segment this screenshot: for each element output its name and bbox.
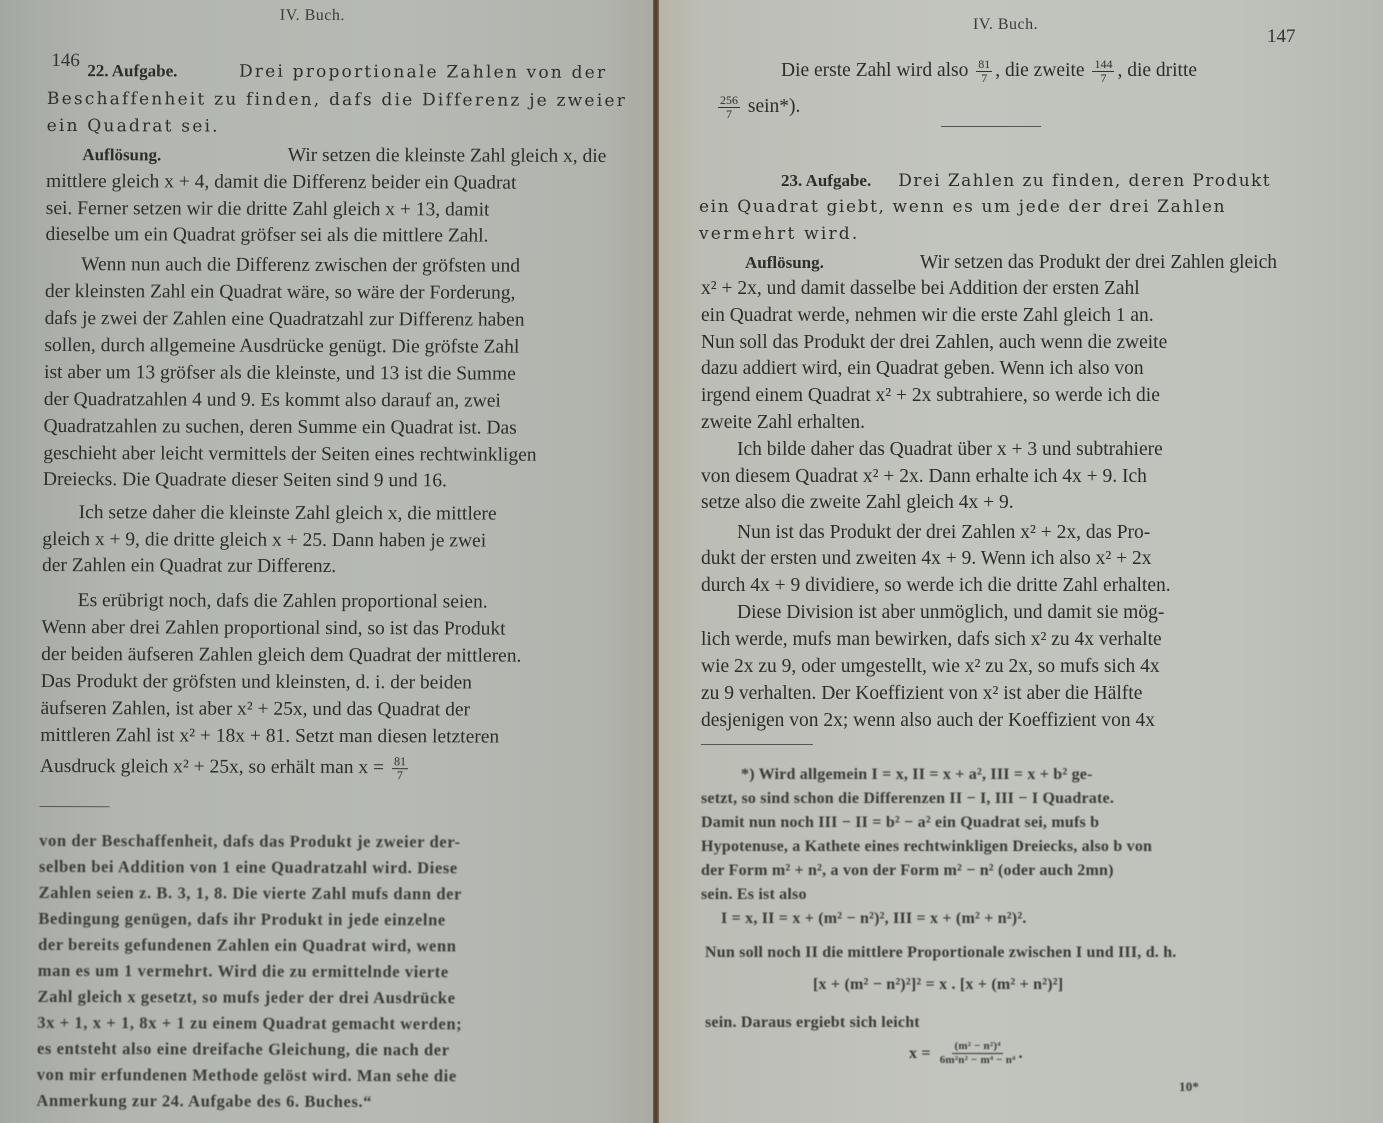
footnote-line: Damit nun noch III − II = b² − a² ein Qu… [701,810,1099,836]
body-line: Quadratzahlen zu suchen, deren Summe ein… [43,414,517,442]
body-line: ein Quadrat werde, nehmen wir die erste … [701,303,1154,329]
fraction: 81 7 [976,58,992,85]
footnote-line: setzt, so sind schon die Differenzen II … [701,786,1114,812]
body-line: von diesem Quadrat x² + 2x. Dann erhalte… [701,464,1147,490]
body-line: Ich setze daher die kleinste Zahl gleich… [42,500,496,528]
body-line: Nun soll das Produkt der drei Zahlen, au… [701,330,1167,356]
body-line: der Zahlen ein Quadrat zur Differenz. [42,553,336,580]
solution-first-line: Auflösung. Wir setzen die kleinste Zahl … [46,142,606,170]
body-line: gleich x + 9, die dritte gleich x + 25. … [42,527,486,555]
body-line: ist aber um 13 gröfser als die kleinste,… [44,360,516,388]
problem-statement-line: Drei proportionale Zahlen von der [239,59,608,86]
right-page: IV. Buch. 147 Die erste Zahl wird also 8… [659,0,1383,1123]
body-line: Nun ist das Produkt der drei Zahlen x² +… [737,520,1150,546]
solution-label: Auflösung. [745,250,824,276]
body-line: zu 9 verhalten. Der Koeffizient von x² i… [701,681,1142,707]
running-head: IV. Buch. [280,7,345,25]
body-line: irgend einem Quadrat x² + 2x subtrahiere… [701,383,1160,409]
problem-statement-line: Drei Zahlen zu finden, deren Produkt [898,168,1271,194]
fraction: 81 7 [392,755,408,782]
intro-line: 256 7 sein*). [715,94,800,121]
body-line: Wenn aber drei Zahlen proportional sind,… [41,615,505,643]
solution-label: Auflösung. [82,142,161,168]
problem-22-heading: 22. Aufgabe. Drei proportionale Zahlen v… [47,58,607,86]
body-line: setze also die zweite Zahl gleich 4x + 9… [701,490,1014,516]
footnote-line: Anmerkung zur 24. Aufgabe des 6. Buches.… [36,1088,372,1115]
problem-statement-line: ein Quadrat sei. [47,113,220,140]
body-line: lich werde, mufs man bewirken, dafs sich… [701,627,1162,653]
body-line: dieselbe um ein Quadrat gröfser sei als … [45,222,488,250]
footnote-line: von der Beschaffenheit, dafs das Produkt… [39,828,461,855]
footnote-separator [40,806,110,807]
body-line: dukt der ersten und zweiten 4x + 9. Wenn… [701,546,1151,572]
body-line: desjenigen von 2x; wenn also auch der Ko… [701,708,1155,734]
body-line: x² + 2x, und damit dasselbe bei Addition… [701,276,1140,302]
body-line: Es erübrigt noch, dafs die Zahlen propor… [42,588,488,616]
signature-mark: 10* [1179,1074,1199,1100]
left-page: IV. Buch. 146 22. Aufgabe. Drei proporti… [0,0,655,1123]
body-line: der Quadratzahlen 4 und 9. Es kommt also… [44,387,501,415]
footnote-line: es entsteht also eine dreifache Gleichun… [37,1036,450,1063]
problem-statement-line: ein Quadrat giebt, wenn es um jede der d… [699,194,1226,220]
equation-fraction: x = (m² − n²)⁴ 6m²n² − m⁴ − n⁴ . [909,1040,1023,1067]
section-separator [941,126,1041,127]
page-number: 147 [1267,26,1296,48]
body-line: dafs je zwei der Zahlen eine Quadratzahl… [45,306,525,334]
body-line: Wenn nun auch die Differenz zwischen der… [45,252,520,280]
body-line-with-fraction: Ausdruck gleich x² + 25x, so erhält man … [40,754,411,782]
body-line: durch 4x + 9 dividiere, so werde ich die… [701,573,1171,599]
footnote-separator [701,744,813,745]
body-line: der beiden äufseren Zahlen gleich dem Qu… [41,642,522,670]
body-line: zweite Zahl erhalten. [701,410,865,436]
footnote-line: 3x + 1, x + 1, 8x + 1 zu einem Quadrat g… [37,1010,462,1037]
problem-label: 22. Aufgabe. [87,58,177,84]
running-head: IV. Buch. [973,16,1038,34]
equation: I = x, II = x + (m² − n²)², III = x + (m… [721,906,1027,932]
footnote-line: sein. Es ist also [701,882,807,908]
fraction: 144 7 [1092,58,1114,85]
solution-first-line: Auflösung. Wir setzen das Produkt der dr… [741,250,1277,276]
footnote-line: Bedingung genügen, dafs ihr Produkt in j… [38,906,446,933]
footnote-line: *) Wird allgemein I = x, II = x + a², II… [741,762,1093,788]
body-line: Diese Division ist aber unmöglich, und d… [737,600,1164,626]
footnote-line: der bereits gefundenen Zahlen ein Quadra… [38,932,457,959]
footnote-line: sein. Daraus ergiebt sich leicht [705,1010,920,1036]
problem-statement-line: vermehrt wird. [699,221,859,247]
footnote-line: selben bei Addition von 1 eine Quadratza… [39,854,458,881]
body-line: Wir setzen das Produkt der drei Zahlen g… [834,250,1277,276]
body-line: sollen, durch allgemeine Ausdrücke genüg… [44,333,519,361]
intro-line: Die erste Zahl wird also 81 7 , die zwei… [741,58,1197,85]
left-page-text-block: IV. Buch. 146 22. Aufgabe. Drei proporti… [48,0,608,2]
problem-23-heading: 23. Aufgabe. Drei Zahlen zu finden, dere… [741,168,1271,194]
body-line: mittleren Zahl ist x² + 18x + 81. Setzt … [40,723,499,751]
body-line: Ausdruck gleich x² + 25x, so erhält man … [40,756,384,778]
footnote-line: Zahlen seien z. B. 3, 1, 8. Die vierte Z… [39,880,463,907]
body-line: Das Produkt der gröfsten und kleinsten, … [41,669,472,697]
footnote-line: von mir erfundenen Methode gelöst wird. … [37,1062,457,1089]
body-line: sei. Ferner setzen wir die dritte Zahl g… [46,196,490,224]
footnote-line: der Form m² + n², a von der Form m² − n²… [701,858,1114,884]
open-book-spread: IV. Buch. 146 22. Aufgabe. Drei proporti… [0,0,1383,1123]
footnote-line: Zahl gleich x gesetzt, so mufs jeder der… [37,984,455,1011]
body-line: Dreiecks. Die Quadrate dieser Seiten sin… [43,467,447,494]
footnote-line: man es um 1 vermehrt. Wird die zu ermitt… [38,958,449,985]
equation: [x + (m² − n²)²]² = x . [x + (m² + n²)²] [813,972,1063,998]
body-line: geschieht aber leicht vermittels der Sei… [43,441,537,469]
footnote-line: Nun soll noch II die mittlere Proportion… [705,940,1177,966]
body-line: Wir setzen die kleinste Zahl gleich x, d… [161,142,606,170]
body-line: mittlere gleich x + 4, damit die Differe… [46,169,517,197]
body-line: wie 2x zu 9, oder umgestellt, wie x² zu … [701,654,1160,680]
footnote-line: Hypotenuse, a Kathete eines rechtwinklig… [701,834,1152,860]
problem-statement-line: Beschaffenheit zu finden, dafs die Diffe… [47,86,627,114]
body-line: äufseren Zahlen, ist aber x² + 25x, und … [40,696,470,723]
body-line: dazu addiert wird, ein Quadrat geben. We… [701,356,1144,382]
problem-label: 23. Aufgabe. [781,168,871,194]
body-line: der kleinsten Zahl ein Quadrat wäre, so … [45,279,516,307]
fraction: 256 7 [718,94,740,121]
body-line: Ich bilde daher das Quadrat über x + 3 u… [737,437,1163,463]
